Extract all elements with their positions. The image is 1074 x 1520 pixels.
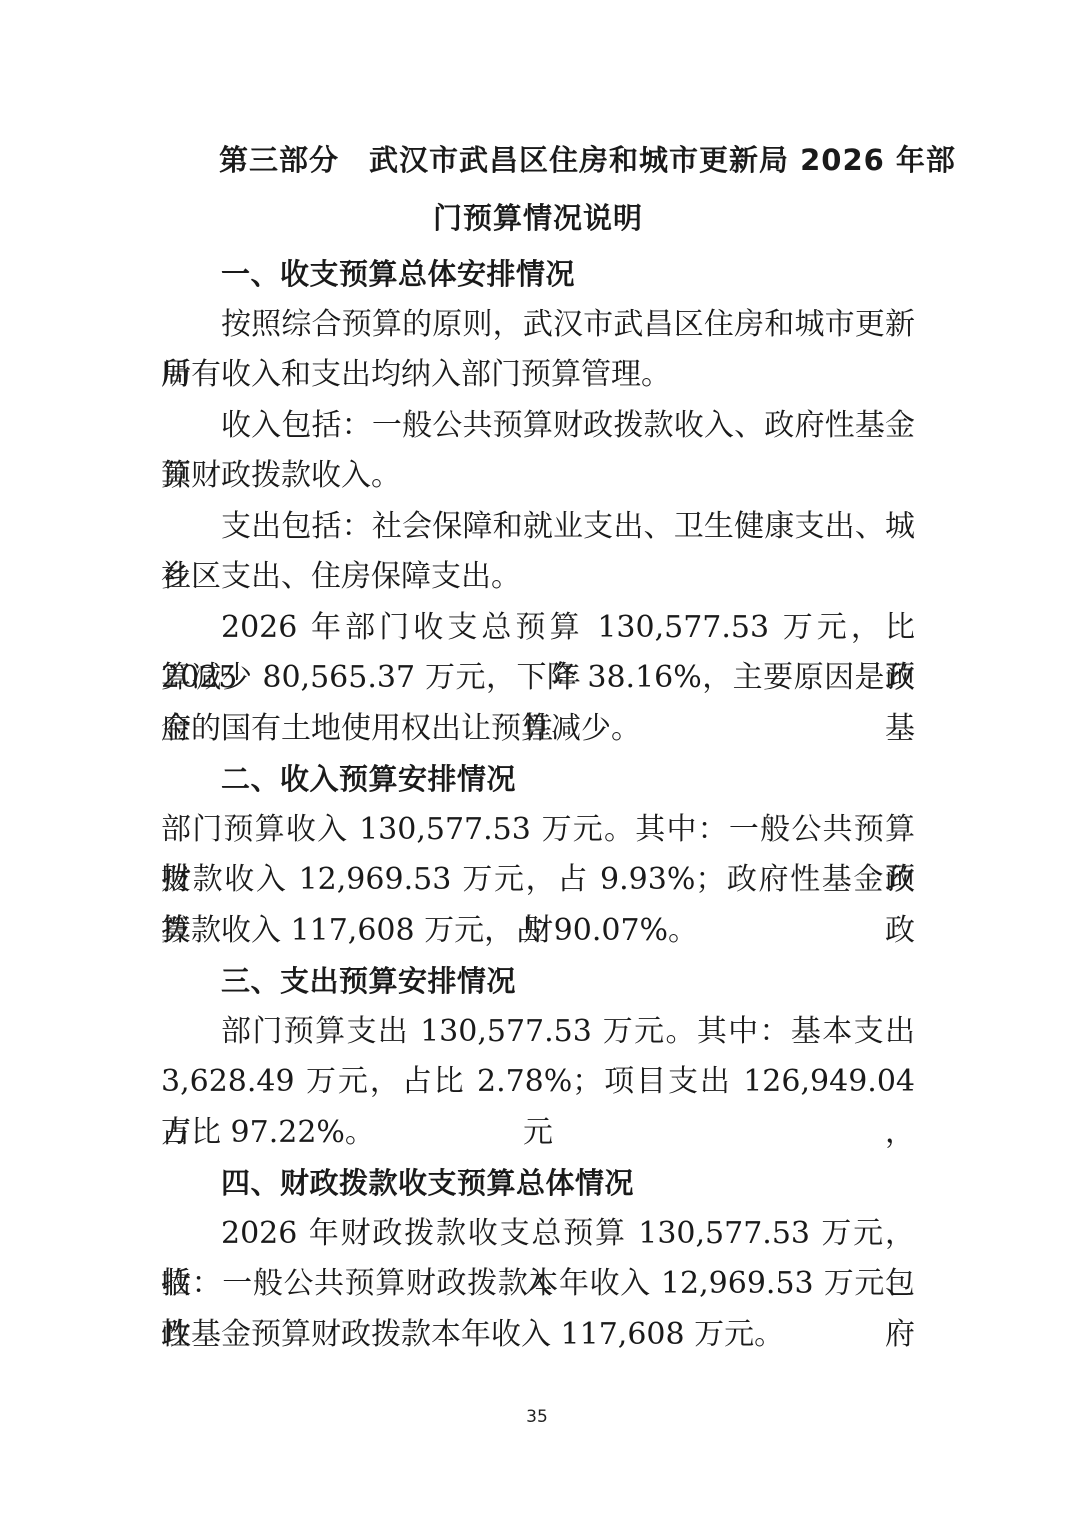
body-text-line: 括：一般公共预算财政拨款本年收入 12,969.53 万元、政府: [161, 1259, 915, 1310]
section-heading: 三、支出预算安排情况: [161, 956, 915, 1007]
document-lines: 一、收支预算总体安排情况按照综合预算的原则，武汉市武昌区住房和城市更新局所有收入…: [161, 249, 915, 1360]
body-text-line: 2026 年部门收支总预算 130,577.53 万元，比 2025 年预: [161, 603, 915, 654]
document-title-line-1: 第三部分 武汉市武昌区住房和城市更新局 2026 年部: [161, 131, 915, 189]
section-heading: 一、收支预算总体安排情况: [161, 249, 915, 300]
document-title: 第三部分 武汉市武昌区住房和城市更新局 2026 年部 门预算情况说明: [161, 131, 915, 247]
body-text-line: 3,628.49 万元，占比 2.78%；项目支出 126,949.04 万元，: [161, 1057, 915, 1108]
body-text-line: 部门预算收入 130,577.53 万元。其中：一般公共预算财政: [161, 805, 915, 856]
body-text-line: 支出包括：社会保障和就业支出、卫生健康支出、城乡: [161, 502, 915, 553]
body-text-line: 部门预算支出 130,577.53 万元。其中：基本支出: [161, 1007, 915, 1058]
body-text-line: 按照综合预算的原则，武汉市武昌区住房和城市更新局: [161, 300, 915, 351]
document-page: 第三部分 武汉市武昌区住房和城市更新局 2026 年部 门预算情况说明 一、收支…: [0, 0, 1074, 1520]
document-title-line-2: 门预算情况说明: [161, 189, 915, 247]
body-text-line: 拨款收入 12,969.53 万元，占 9.93%；政府性基金预算财政: [161, 855, 915, 906]
body-text-line: 社区支出、住房保障支出。: [161, 552, 915, 603]
body-text-line: 收入包括：一般公共预算财政拨款收入、政府性基金预: [161, 401, 915, 452]
document-content: 第三部分 武汉市武昌区住房和城市更新局 2026 年部 门预算情况说明 一、收支…: [161, 131, 915, 1360]
body-text-line: 2026 年财政拨款收支总预算 130,577.53 万元，收入包: [161, 1209, 915, 1260]
section-heading: 四、财政拨款收支预算总体情况: [161, 1158, 915, 1209]
body-text-line: 所有收入和支出均纳入部门预算管理。: [161, 350, 915, 401]
body-text-line: 算财政拨款收入。: [161, 451, 915, 502]
body-text-line: 算减少 80,565.37 万元，下降 38.16%，主要原因是政府性基: [161, 653, 915, 704]
page-number: 35: [0, 1405, 1074, 1429]
section-heading: 二、收入预算安排情况: [161, 754, 915, 805]
